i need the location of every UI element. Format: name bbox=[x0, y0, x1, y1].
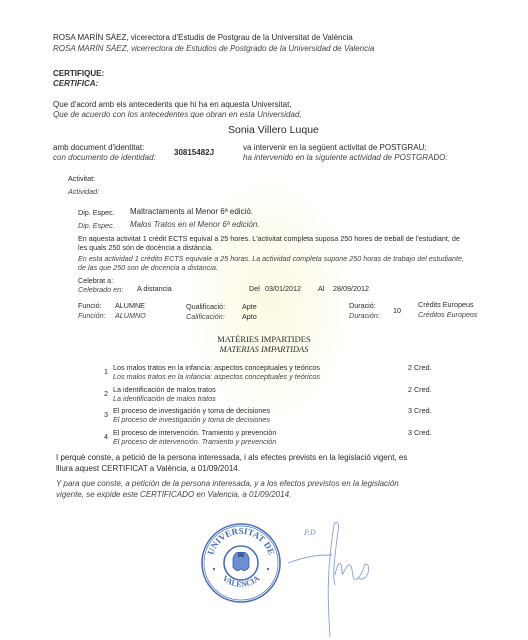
held-value: A distancia bbox=[137, 284, 172, 293]
duration-label-es: Duración: bbox=[349, 311, 380, 320]
id-value: 30815482J bbox=[174, 148, 214, 157]
subject-number: 4 bbox=[104, 432, 108, 441]
subject-name-es: La identificación de malos tratos bbox=[113, 394, 216, 403]
subject-name-ca: La identificación de malos tratos bbox=[113, 385, 216, 394]
ects-es-2: de las que 250 son de docencia a distanc… bbox=[78, 263, 218, 272]
role-ca: ALUMNE bbox=[115, 301, 145, 310]
signature: P.D bbox=[280, 515, 390, 640]
subject-number: 2 bbox=[104, 389, 108, 398]
activity-type-ca: Dip. Espec. bbox=[78, 208, 115, 217]
credits-unit-es: Créditos Europeos bbox=[418, 310, 478, 319]
subject-name-es: Los malos tratos en la infancia: aspecto… bbox=[113, 372, 320, 381]
held-label-ca: Celebrat a: bbox=[78, 276, 113, 285]
closing-es-1: Y para que conste, a petición de la pers… bbox=[56, 479, 399, 488]
closing-ca-1: I perquè conste, a petició de la persona… bbox=[56, 453, 407, 462]
activity-title-es: Malos Tratos en el Menor 6ª edición. bbox=[130, 220, 260, 229]
subject-name-es: El proceso de intervención. Tramiento y … bbox=[113, 437, 276, 446]
grade-label-ca: Qualificació: bbox=[186, 302, 225, 311]
from-date: 03/01/2012 bbox=[265, 284, 301, 293]
university-stamp: UNIVERSITAT DE VALÈNCIA bbox=[200, 522, 282, 609]
activity-label-ca: Activitat: bbox=[68, 174, 95, 183]
grade-label-es: Calificación: bbox=[186, 312, 225, 321]
subject-credits: 2 Cred. bbox=[408, 385, 432, 394]
stamp-text-bottom: VALÈNCIA bbox=[221, 574, 262, 589]
subjects-title-ca: MATÈRIES IMPARTIDES bbox=[164, 334, 364, 344]
activity-title-ca: Maltractaments al Menor 6ª edició. bbox=[130, 207, 253, 216]
subject-credits: 2 Cred. bbox=[408, 363, 432, 372]
subject-credits: 3 Cred. bbox=[408, 406, 432, 415]
subject-number: 1 bbox=[104, 367, 108, 376]
held-label-es: Celebrado en: bbox=[78, 285, 123, 294]
intro-es: Que de acuerdo con los antecedentes que … bbox=[53, 110, 302, 119]
closing-es-2: vigente, se expide este CERTIFICADO en V… bbox=[56, 490, 291, 499]
svg-text:VALÈNCIA: VALÈNCIA bbox=[221, 574, 262, 589]
intervened-ca: va intervenir en la següent activitat de… bbox=[243, 143, 427, 152]
id-label-ca: amb document d'identitat: bbox=[53, 143, 144, 152]
grade-es: Apto bbox=[242, 312, 257, 321]
closing-ca-2: lliura aquest CERTIFICAT a València, a 0… bbox=[56, 464, 240, 473]
duration-label-ca: Duració: bbox=[349, 301, 376, 310]
role-es: ALUMNO bbox=[115, 311, 146, 320]
intro-ca: Que d'acord amb els antecedents que hi h… bbox=[53, 100, 292, 109]
to-label: Al bbox=[318, 284, 324, 293]
stamp-text-top: UNIVERSITAT DE bbox=[205, 526, 276, 556]
svg-text:UNIVERSITAT DE: UNIVERSITAT DE bbox=[205, 526, 276, 556]
intervened-es: ha intervenido en la siguiente actividad… bbox=[243, 153, 448, 162]
activity-type-es: Dip. Espec. bbox=[78, 221, 115, 230]
id-label-es: con documento de identidad: bbox=[53, 153, 156, 162]
certify-es: CERTIFICA: bbox=[53, 79, 98, 88]
subject-name-ca: El proceso de intervención. Tramiento y … bbox=[113, 428, 276, 437]
subject-name-ca: Los malos tratos en la infancia: aspecto… bbox=[113, 363, 320, 372]
person-name: Sonia Villero Luque bbox=[228, 124, 319, 136]
duration-value: 10 bbox=[393, 306, 401, 315]
credits-unit-ca: Crèdits Europeus bbox=[418, 300, 474, 309]
ects-es-1: En esta actividad 1 crédito ECTS equival… bbox=[78, 254, 464, 263]
ects-ca-1: En aquesta activitat 1 crèdit ECTS equiv… bbox=[78, 234, 460, 243]
subject-credits: 3 Cred. bbox=[408, 428, 432, 437]
subject-name-es: El proceso de investigación y toma de de… bbox=[113, 415, 270, 424]
subjects-title-es: MATERIAS IMPARTIDAS bbox=[164, 344, 364, 354]
grade-ca: Apte bbox=[242, 302, 257, 311]
from-label: Del bbox=[249, 284, 260, 293]
certify-ca: CERTIFIQUE: bbox=[53, 69, 104, 78]
ects-ca-2: les quals 250 són de docència a distànci… bbox=[78, 243, 213, 252]
to-date: 28/09/2012 bbox=[333, 284, 369, 293]
activity-label-es: Actividad: bbox=[68, 187, 99, 196]
subject-number: 3 bbox=[104, 410, 108, 419]
pd-text: P.D bbox=[303, 528, 316, 537]
role-label-es: Función: bbox=[78, 311, 106, 320]
subject-name-ca: El proceso de investigación y toma de de… bbox=[113, 406, 270, 415]
role-label-ca: Funció: bbox=[78, 301, 102, 310]
issuer-es: ROSA MARÍN SÀEZ, vicerrectora de Estudio… bbox=[53, 44, 374, 53]
issuer-ca: ROSA MARÍN SÀEZ, vicerectora d'Estudis d… bbox=[53, 33, 353, 42]
